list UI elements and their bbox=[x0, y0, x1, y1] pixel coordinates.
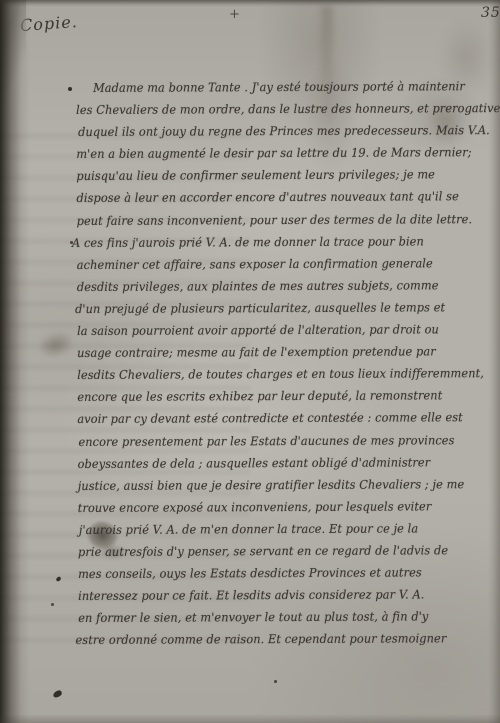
manuscript-line: d'un prejugé de plusieurs particularitez… bbox=[75, 296, 483, 320]
manuscript-line: lesdits Chevaliers, de toutes charges et… bbox=[77, 362, 483, 386]
manuscript-line: A ces fins j'aurois prié V. A. de me don… bbox=[72, 230, 483, 254]
manuscript-line: interessez pour ce fait. Et lesdits advi… bbox=[78, 583, 484, 607]
manuscript-line: usage contraire; mesme au fait de l'exem… bbox=[77, 340, 483, 364]
manuscript-line: prie autresfois d'y penser, se servant e… bbox=[78, 539, 484, 563]
ink-blot bbox=[52, 689, 63, 698]
page-edge-top bbox=[0, 0, 500, 7]
manuscript-line: dispose à leur en accorder encore d'autr… bbox=[76, 186, 482, 210]
manuscript-line: obeyssantes de dela ; ausquelles estant … bbox=[78, 451, 484, 475]
manuscript-line: estre ordonné comme de raison. Et cepend… bbox=[75, 627, 484, 651]
letter-body: Madame ma bonne Tante . J'ay esté tousjo… bbox=[76, 75, 485, 651]
manuscript-line: avoir par cy devant esté contredicte et … bbox=[77, 407, 483, 431]
manuscript-line: Madame ma bonne Tante . J'ay esté tousjo… bbox=[76, 75, 482, 99]
manuscript-line: en former le sien, et m'envoyer le tout … bbox=[78, 605, 484, 629]
margin-bullet-mark bbox=[68, 87, 72, 91]
manuscript-line: trouve encore exposé aux inconveniens, p… bbox=[78, 495, 484, 519]
binding-gutter-shadow bbox=[0, 0, 30, 723]
manuscript-line: la saison pourroient avoir apporté de l'… bbox=[77, 318, 483, 342]
manuscript-line: peut faire sans inconvenient, pour user … bbox=[77, 208, 483, 232]
manuscript-line: j'aurois prié V. A. de m'en donner la tr… bbox=[79, 517, 484, 541]
manuscript-line: les Chevaliers de mon ordre, dans le lus… bbox=[76, 97, 482, 121]
manuscript-line: puisqu'au lieu de confirmer seulement le… bbox=[76, 163, 482, 187]
manuscript-line: m'en a bien augmenté le desir par sa let… bbox=[76, 141, 482, 165]
page-edge-bottom bbox=[0, 714, 500, 723]
collation-cross-mark: + bbox=[229, 7, 240, 22]
ink-speck bbox=[51, 603, 54, 606]
ink-speck bbox=[274, 680, 277, 683]
manuscript-line: encore presentement par les Estats d'auc… bbox=[78, 429, 483, 453]
manuscript-line: encore que les escrits exhibez par leur … bbox=[77, 384, 483, 408]
manuscript-line: justice, aussi bien que je desire gratif… bbox=[78, 473, 484, 497]
manuscript-line: duquel ils ont jouy du regne des Princes… bbox=[78, 119, 483, 143]
manuscript-page-scan: Copie. + 358 Madame ma bonne Tante . J'a… bbox=[0, 0, 500, 723]
manuscript-line: acheminer cet affaire, sans exposer la c… bbox=[77, 252, 483, 276]
page-edge-right bbox=[488, 0, 500, 723]
manuscript-line: desdits privileges, aux plaintes de mes … bbox=[77, 274, 483, 298]
manuscript-line: mes conseils, ouys les Estats desdictes … bbox=[78, 561, 484, 585]
